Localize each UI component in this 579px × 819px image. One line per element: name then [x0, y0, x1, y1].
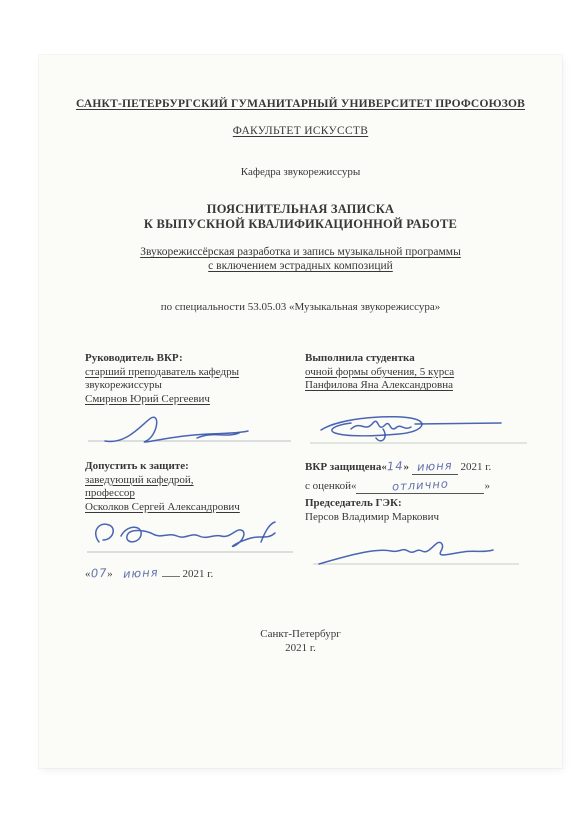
chairman-label: Председатель ГЭК:	[305, 497, 553, 511]
admission-date-fill-line	[162, 566, 180, 577]
admission-date-open-quote: «	[85, 568, 91, 580]
specialty-line: по специальности 53.05.03 «Музыкальная з…	[39, 301, 562, 313]
chairman-signature	[305, 530, 535, 570]
defense-label: ВКР защищена	[305, 461, 381, 473]
supervisor-position-line1: старший преподаватель кафедры	[85, 366, 303, 380]
document-title-line2: К ВЫПУСКНОЙ КВАЛИФИКАЦИОННОЙ РАБОТЕ	[39, 217, 562, 232]
student-name: Панфилова Яна Александровна	[305, 379, 553, 393]
footer: Санкт-Петербург 2021 г.	[39, 628, 562, 655]
supervisor-block: Руководитель ВКР: старший преподаватель …	[85, 352, 303, 455]
supervisor-label: Руководитель ВКР:	[85, 352, 303, 366]
admission-approver-name: Осколков Сергей Александрович	[85, 501, 303, 515]
defense-date-year: 2021 г.	[460, 461, 491, 473]
supervisor-name: Смирнов Юрий Сергеевич	[85, 393, 303, 407]
student-signature	[305, 407, 535, 453]
defense-block: ВКР защищена«14» июня 2021 г. с оценкой«…	[305, 460, 553, 570]
defense-date-day: 14	[386, 460, 403, 474]
defense-grade-close-quote: »	[484, 480, 490, 492]
admission-date-day: 07	[90, 567, 107, 581]
admission-date-year: 2021 г.	[182, 568, 213, 580]
supervisor-position-line2: звукорежиссуры	[85, 379, 303, 393]
supervisor-signature	[85, 411, 297, 455]
chairman-name: Персов Владимир Маркович	[305, 511, 553, 525]
defense-grade-line: с оценкой«отлично»	[305, 478, 553, 494]
document-title: ПОЯСНИТЕЛЬНАЯ ЗАПИСКА К ВЫПУСКНОЙ КВАЛИФ…	[39, 202, 562, 232]
admission-block: Допустить к защите: заведующий кафедрой,…	[85, 460, 303, 582]
defense-grade-label: с оценкой	[305, 480, 351, 492]
admission-date-month: июня	[123, 566, 159, 581]
footer-city: Санкт-Петербург	[39, 628, 562, 642]
student-label: Выполнила студентка	[305, 352, 553, 366]
footer-year: 2021 г.	[39, 642, 562, 656]
faculty-name: ФАКУЛЬТЕТ ИСКУССТВ	[39, 125, 562, 137]
scanned-title-page: САНКТ-ПЕТЕРБУРГСКИЙ ГУМАНИТАРНЫЙ УНИВЕРС…	[39, 55, 562, 768]
admission-signature	[85, 516, 297, 558]
defense-date-month: июня	[417, 459, 453, 474]
admission-date: «07» июня 2021 г.	[85, 566, 303, 582]
defense-grade-value: отлично	[392, 477, 450, 494]
student-details: очной формы обучения, 5 курса	[305, 366, 553, 380]
admission-position-line2: профессор	[85, 487, 303, 501]
defense-date-close-quote: »	[403, 461, 409, 473]
university-name: САНКТ-ПЕТЕРБУРГСКИЙ ГУМАНИТАРНЫЙ УНИВЕРС…	[39, 98, 562, 110]
document-title-line1: ПОЯСНИТЕЛЬНАЯ ЗАПИСКА	[39, 202, 562, 217]
admission-position-line1: заведующий кафедрой,	[85, 474, 303, 488]
thesis-topic-line1: Звукорежиссёрская разработка и запись му…	[39, 245, 562, 259]
admission-label: Допустить к защите:	[85, 460, 303, 474]
defense-date-line: ВКР защищена«14» июня 2021 г.	[305, 460, 553, 475]
thesis-topic: Звукорежиссёрская разработка и запись му…	[39, 245, 562, 273]
student-block: Выполнила студентка очной формы обучения…	[305, 352, 553, 453]
department-name: Кафедра звукорежиссуры	[39, 166, 562, 178]
thesis-topic-line2: с включением эстрадных композиций	[39, 259, 562, 273]
